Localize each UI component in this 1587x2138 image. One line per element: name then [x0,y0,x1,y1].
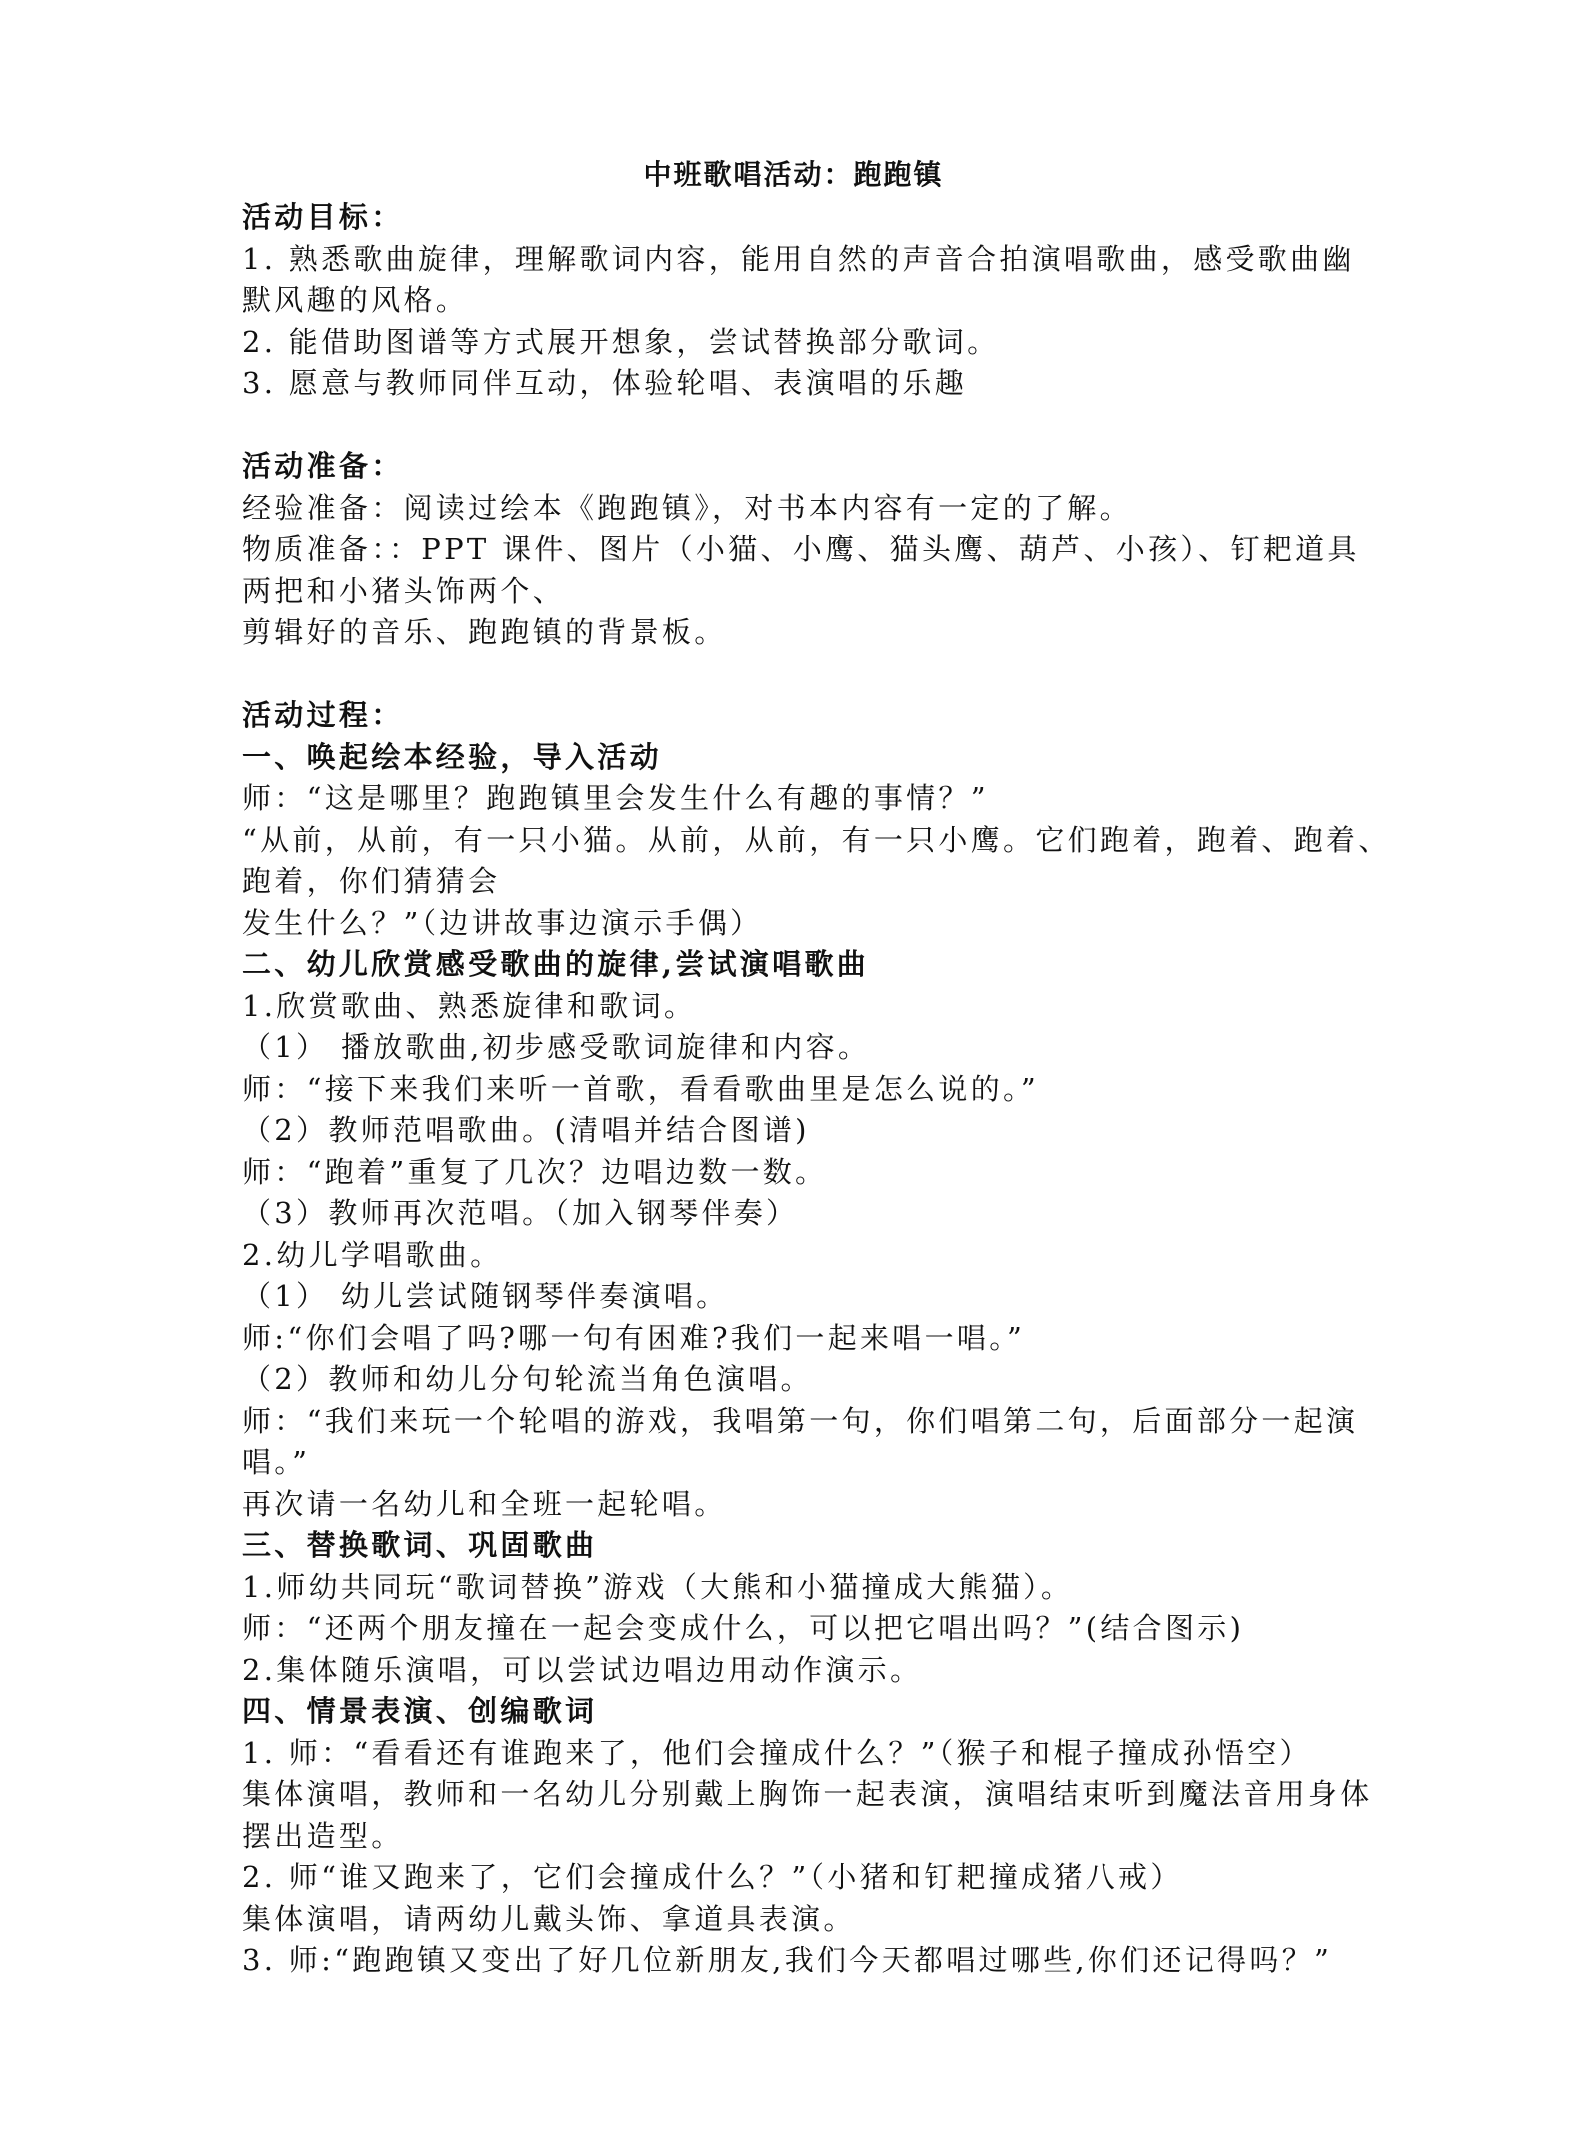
paragraph-line: 唱。” [242,1442,1352,1484]
prep-experience: 经验准备：阅读过绘本《跑跑镇》，对书本内容有一定的了解。 [242,488,1352,530]
step-heading-2: 二、幼儿欣赏感受歌曲的旋律,尝试演唱歌曲 [242,944,1352,986]
prep-materials-cont: 两把和小猪头饰两个、 [242,571,1352,613]
paragraph-line: “从前，从前，有一只小猫。从前，从前，有一只小鹰。它们跑着，跑着、跑着、 [242,820,1352,862]
objective-3: 3. 愿意与教师同伴互动，体验轮唱、表演唱的乐趣 [242,363,1352,405]
step-heading-1: 一、唤起绘本经验，导入活动 [242,737,1352,779]
paragraph-line: （2）教师范唱歌曲。(清唱并结合图谱) [242,1110,1352,1152]
document-page: 中班歌唱活动：跑跑镇 活动目标： 1. 熟悉歌曲旋律，理解歌词内容，能用自然的声… [0,0,1587,2138]
paragraph-line: 集体演唱，请两幼儿戴头饰、拿道具表演。 [242,1899,1352,1941]
step-heading-4: 四、情景表演、创编歌词 [242,1691,1352,1733]
paragraph-line: 跑着，你们猜猜会 [242,861,1352,903]
step-heading-3: 三、替换歌词、巩固歌曲 [242,1525,1352,1567]
paragraph-line: 师：“还两个朋友撞在一起会变成什么，可以把它唱出吗？”(结合图示) [242,1608,1352,1650]
paragraph-line: 1.师幼共同玩“歌词替换”游戏（大熊和小猫撞成大熊猫）。 [242,1567,1352,1609]
objective-2: 2. 能借助图谱等方式展开想象，尝试替换部分歌词。 [242,322,1352,364]
paragraph-line: 师：“跑着”重复了几次？边唱边数一数。 [242,1152,1352,1194]
objective-1: 1. 熟悉歌曲旋律，理解歌词内容，能用自然的声音合拍演唱歌曲，感受歌曲幽 [242,239,1352,281]
blank-line [242,405,1352,447]
paragraph-line: 3. 师:“跑跑镇又变出了好几位新朋友,我们今天都唱过哪些,你们还记得吗？” [242,1940,1352,1982]
section-heading-preparation: 活动准备： [242,446,1352,488]
paragraph-line: 1. 师：“看看还有谁跑来了，他们会撞成什么？”（猴子和棍子撞成孙悟空） [242,1733,1352,1775]
document-title: 中班歌唱活动：跑跑镇 [0,156,1587,194]
paragraph-line: 师：“这是哪里？跑跑镇里会发生什么有趣的事情？” [242,778,1352,820]
document-body: 活动目标： 1. 熟悉歌曲旋律，理解歌词内容，能用自然的声音合拍演唱歌曲，感受歌… [242,197,1352,1982]
prep-materials-cont-2: 剪辑好的音乐、跑跑镇的背景板。 [242,612,1352,654]
paragraph-line: 2. 师“谁又跑来了，它们会撞成什么？”（小猪和钉耙撞成猪八戒） [242,1857,1352,1899]
section-heading-objectives: 活动目标： [242,197,1352,239]
paragraph-line: 发生什么？”（边讲故事边演示手偶） [242,903,1352,945]
objective-1-cont: 默风趣的风格。 [242,280,1352,322]
paragraph-line: 2.集体随乐演唱，可以尝试边唱边用动作演示。 [242,1650,1352,1692]
paragraph-line: 2.幼儿学唱歌曲。 [242,1235,1352,1277]
paragraph-line: （2）教师和幼儿分句轮流当角色演唱。 [242,1359,1352,1401]
prep-materials: 物质准备：：PPT 课件、图片（小猫、小鹰、猫头鹰、葫芦、小孩）、钉耙道具 [242,529,1352,571]
blank-line [242,654,1352,696]
paragraph-line: 师：“接下来我们来听一首歌，看看歌曲里是怎么说的。” [242,1069,1352,1111]
paragraph-line: 1.欣赏歌曲、熟悉旋律和歌词。 [242,986,1352,1028]
paragraph-line: 师:“你们会唱了吗?哪一句有困难?我们一起来唱一唱。” [242,1318,1352,1360]
paragraph-line: 再次请一名幼儿和全班一起轮唱。 [242,1484,1352,1526]
paragraph-line: 集体演唱，教师和一名幼儿分别戴上胸饰一起表演，演唱结束听到魔法音用身体 [242,1774,1352,1816]
paragraph-line: （1） 播放歌曲,初步感受歌词旋律和内容。 [242,1027,1352,1069]
paragraph-line: 师：“我们来玩一个轮唱的游戏，我唱第一句，你们唱第二句，后面部分一起演 [242,1401,1352,1443]
section-heading-process: 活动过程： [242,695,1352,737]
paragraph-line: （3）教师再次范唱。（加入钢琴伴奏） [242,1193,1352,1235]
paragraph-line: （1） 幼儿尝试随钢琴伴奏演唱。 [242,1276,1352,1318]
paragraph-line: 摆出造型。 [242,1816,1352,1858]
